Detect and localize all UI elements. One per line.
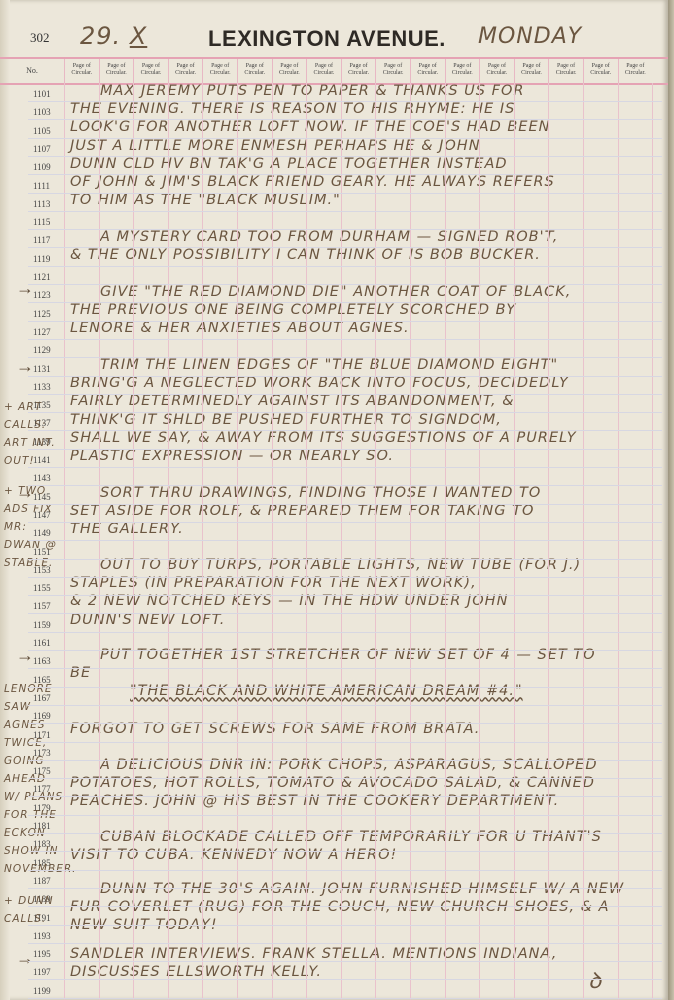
entry-line: Give "The Red Diamond Die" another coat … <box>70 283 665 301</box>
vertical-rule-line <box>306 83 307 1000</box>
horizontal-rule-line <box>28 430 662 431</box>
vertical-rule-line <box>341 83 342 1000</box>
entry-line: potatoes, hot rolls, tomato & avocado sa… <box>70 774 665 792</box>
vertical-rule-line <box>514 83 515 1000</box>
horizontal-rule-line <box>28 760 662 761</box>
vertical-rule-line <box>479 83 480 1000</box>
horizontal-rule-line <box>28 723 662 724</box>
horizontal-rule-line <box>28 906 662 907</box>
column-header-page-of-circular: Page of Circular. <box>618 59 653 83</box>
row-number: 1199 <box>33 986 61 996</box>
horizontal-rule-line <box>28 467 662 468</box>
vertical-rule-line <box>618 83 619 1000</box>
entry-line: Dunn to the 30's again. John furnished h… <box>70 880 665 898</box>
entry-line: Max Jeremy puts pen to paper & thanks us… <box>70 82 665 100</box>
row-number: 1161 <box>33 638 61 648</box>
horizontal-rule-line <box>28 961 662 962</box>
entry-line: shall we say, & away from its suggestion… <box>70 429 665 447</box>
column-header-page-of-circular: Page of Circular. <box>583 59 618 83</box>
entry-line: Lenore & her anxieties about Agnes. <box>70 319 665 337</box>
column-header-page-of-circular: Page of Circular. <box>237 59 272 83</box>
entry-line: of John & Jim's black friend Geary. He a… <box>70 173 665 191</box>
handwritten-date: 29. X <box>80 22 147 50</box>
row-number: 1101 <box>33 89 61 99</box>
entry-sandler-interviews: Sandler interviews. Frank Stella. Mentio… <box>70 945 665 981</box>
horizontal-rule-line <box>28 815 662 816</box>
row-number: 1109 <box>33 162 61 172</box>
horizontal-rule-line <box>28 559 662 560</box>
entry-line: new suit today! <box>70 916 665 934</box>
margin-note-art-calls: + Art calls: Art Int. out! <box>4 398 66 470</box>
vertical-rule-line <box>133 83 134 1000</box>
column-header-page-of-circular: Page of Circular. <box>514 59 549 83</box>
column-header-page-of-circular: Page of Circular. <box>410 59 445 83</box>
horizontal-rule-line <box>28 504 662 505</box>
horizontal-rule-line <box>28 742 662 743</box>
horizontal-rule-line <box>28 870 662 871</box>
horizontal-rule-line <box>28 156 662 157</box>
horizontal-rule-line <box>28 119 662 120</box>
horizontal-rule-line <box>28 925 662 926</box>
horizontal-rule-line <box>28 394 662 395</box>
horizontal-rule-line <box>28 979 662 980</box>
entry-line: Put together 1st stretcher of new set of… <box>70 646 665 664</box>
entry-line: look'g for another loft now. If the Coe'… <box>70 118 665 136</box>
horizontal-rule-line <box>28 284 662 285</box>
row-number: 1193 <box>33 931 61 941</box>
entry-mystery-card: A mystery card too from Durham — signed … <box>70 228 665 264</box>
entry-line: to him as the "black Muslim." <box>70 191 665 209</box>
entry-line: peaches. John @ his best in the cookery … <box>70 792 665 810</box>
row-number: 1111 <box>33 181 61 191</box>
row-number: 1125 <box>33 309 61 319</box>
horizontal-rule-line <box>28 412 662 413</box>
row-number: 1119 <box>33 254 61 264</box>
row-number: 1197 <box>33 967 61 977</box>
row-number: 1121 <box>33 272 61 282</box>
horizontal-rule-line <box>28 174 662 175</box>
vertical-rule-line <box>445 83 446 1000</box>
column-header-page-of-circular: Page of Circular. <box>202 59 237 83</box>
horizontal-rule-line <box>28 376 662 377</box>
horizontal-rule-line <box>28 449 662 450</box>
horizontal-rule-line <box>28 339 662 340</box>
entry-line: bring'g a neglected work back into focus… <box>70 374 665 392</box>
vertical-rule-line <box>64 83 65 1000</box>
horizontal-rule-line <box>28 193 662 194</box>
row-number: 1133 <box>33 382 61 392</box>
entry-line: visit to Cuba. Kennedy now a hero! <box>70 846 665 864</box>
horizontal-rule-line <box>28 613 662 614</box>
page-edge <box>668 0 674 1000</box>
handwritten-weekday: MONDAY <box>478 24 582 49</box>
horizontal-rule-line <box>28 321 662 322</box>
column-header-page-of-circular: Page of Circular. <box>99 59 134 83</box>
entry-line: fairly determinedly against its abandonm… <box>70 392 665 410</box>
entry-line: plastic expression — or nearly so. <box>70 447 665 465</box>
entry-line: & the only possibility I can think of is… <box>70 246 665 264</box>
row-number: 1129 <box>33 345 61 355</box>
page-number: 302 <box>30 30 50 46</box>
horizontal-rule-line <box>28 302 662 303</box>
horizontal-rule-line <box>28 101 662 102</box>
vertical-rule-line <box>237 83 238 1000</box>
entry-sort-drawings: Sort thru drawings, finding those I want… <box>70 484 665 539</box>
horizontal-rule-line <box>28 632 662 633</box>
date-day: 29. <box>80 22 121 50</box>
entry-line: the previous one being completely scorch… <box>70 301 665 319</box>
row-number: 1105 <box>33 126 61 136</box>
vertical-rule-line <box>410 83 411 1000</box>
entry-line: A mystery card too from Durham — signed … <box>70 228 665 246</box>
row-number: 1117 <box>33 235 61 245</box>
entry-line: be <box>70 664 665 682</box>
row-number: 1131 <box>33 364 61 374</box>
margin-arrow-icon: → <box>16 356 34 377</box>
horizontal-rule-line <box>28 577 662 578</box>
row-number: 1157 <box>33 601 61 611</box>
entry-stretcher: Put together 1st stretcher of new set of… <box>70 646 665 701</box>
horizontal-rule-line <box>28 485 662 486</box>
row-number: 1195 <box>33 949 61 959</box>
column-header-page-of-circular: Page of Circular. <box>64 59 99 83</box>
entry-dinner: A delicious dnr in: pork chops, asparagu… <box>70 756 665 811</box>
entry-line: Cuban blockade called off temporarily fo… <box>70 828 665 846</box>
column-header-page-of-circular: Page of Circular. <box>445 59 480 83</box>
column-header-page-of-circular: Page of Circular. <box>375 59 410 83</box>
vertical-rule-line <box>652 83 653 1000</box>
vertical-rule-line <box>375 83 376 1000</box>
margin-arrow-icon: → <box>16 948 34 969</box>
column-header-page-of-circular: Page of Circular. <box>168 59 203 83</box>
horizontal-rule-line <box>28 229 662 230</box>
row-number: 1113 <box>33 199 61 209</box>
horizontal-rule-line <box>28 888 662 889</box>
diary-page: 302 29. X LEXINGTON AVENUE. MONDAY No. P… <box>0 0 668 1000</box>
column-header-no: No. <box>0 59 64 83</box>
row-number: 1159 <box>33 620 61 630</box>
entry-line: A delicious dnr in: pork chops, asparagu… <box>70 756 665 774</box>
horizontal-rule-line <box>28 998 662 999</box>
entry-line: fur coverlet (rug) for the couch, new ch… <box>70 898 665 916</box>
page-header: 302 29. X LEXINGTON AVENUE. MONDAY <box>0 0 668 60</box>
horizontal-rule-line <box>28 705 662 706</box>
row-number: 1163 <box>33 656 61 666</box>
column-header-row: No. Page of Circular. Page of Circular. … <box>0 57 668 85</box>
row-number: 1123 <box>33 290 61 300</box>
horizontal-rule-line <box>28 943 662 944</box>
date-month-roman: X <box>130 22 147 50</box>
horizontal-rule-line <box>28 357 662 358</box>
vertical-rule-line <box>99 83 100 1000</box>
vertical-rule-line <box>202 83 203 1000</box>
horizontal-rule-line <box>28 138 662 139</box>
entry-line: think'g it shld be pushed further to sig… <box>70 411 665 429</box>
horizontal-rule-line <box>28 211 662 212</box>
horizontal-rule-line <box>28 247 662 248</box>
horizontal-rule-line <box>28 687 662 688</box>
vertical-rule-line <box>168 83 169 1000</box>
vertical-rule-line <box>272 83 273 1000</box>
horizontal-rule-line <box>28 522 662 523</box>
entry-line: Sort thru drawings, finding those I want… <box>70 484 665 502</box>
entry-line: just a little more enmesh perhaps he & J… <box>70 137 665 155</box>
margin-note-dunn-calls: + Dunn calls. <box>4 892 66 928</box>
horizontal-rule-line <box>28 650 662 651</box>
row-number: 1115 <box>33 217 61 227</box>
horizontal-rule-line <box>28 851 662 852</box>
column-header-page-of-circular: Page of Circular. <box>272 59 307 83</box>
column-header-page-of-circular: Page of Circular. <box>133 59 168 83</box>
column-header-page-of-circular: Page of Circular. <box>306 59 341 83</box>
horizontal-rule-line <box>28 266 662 267</box>
row-number: 1107 <box>33 144 61 154</box>
entry-line: the gallery. <box>70 520 665 538</box>
entry-red-diamond-die: Give "The Red Diamond Die" another coat … <box>70 283 665 338</box>
column-header-page-of-circular: Page of Circular. <box>341 59 376 83</box>
row-number: 1155 <box>33 583 61 593</box>
column-header-page-of-circular: Page of Circular. <box>479 59 514 83</box>
horizontal-rule-line <box>28 595 662 596</box>
horizontal-rule-line <box>28 668 662 669</box>
margin-arrow-icon: → <box>16 278 34 299</box>
vertical-rule-line <box>583 83 584 1000</box>
entry-line: set aside for Rolf, & prepared them for … <box>70 502 665 520</box>
horizontal-rule-line <box>28 833 662 834</box>
horizontal-rule-line <box>28 796 662 797</box>
entry-buy-turps: Out to buy turps, portable lights, new t… <box>70 556 665 629</box>
entry-line: Trim the linen edges of "The Blue Diamon… <box>70 356 665 374</box>
horizontal-rule-line <box>28 778 662 779</box>
printed-street-heading: LEXINGTON AVENUE. <box>208 26 446 52</box>
entry-line: Dunn cld hv bn tak'g a place together in… <box>70 155 665 173</box>
horizontal-rule-line <box>28 540 662 541</box>
margin-arrow-icon: → <box>16 645 34 666</box>
row-number: 1127 <box>33 327 61 337</box>
vertical-rule-line <box>548 83 549 1000</box>
entry-line: the evening. There is reason to his rhym… <box>70 100 665 118</box>
row-number: 1103 <box>33 107 61 117</box>
column-header-page-of-circular: Page of Circular. <box>548 59 583 83</box>
